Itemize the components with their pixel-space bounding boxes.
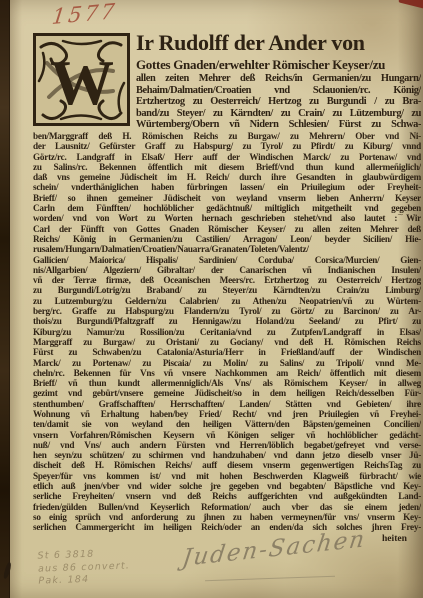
body-text-line: gezimt vnd gebürt/vnsere gemeine Jüdisch…: [33, 388, 421, 398]
body-text-line: vnsern Vorfahren/Römischen Keysern vñ Kö…: [33, 430, 421, 440]
body-text-line: vñ der Terræ firmæ, deß Oceanischen Meer…: [33, 275, 421, 285]
body-text-line: Brieff/ so ihnen gemeiner Jüdischeit von…: [33, 193, 421, 203]
red-corner-mark: [398, 0, 423, 9]
body-text-line: Speyer/für vns kommen ist/ vnd mit hohen…: [33, 471, 421, 481]
heading-line-2: Gottes Gnaden/erwehlter Römischer Keyser…: [136, 56, 421, 73]
body-text-line: Brieff/ vñ thun kundt allermenniglich/Al…: [33, 378, 421, 388]
body-text-line: frieden/gülden Bullen/vnd Keyserlich Ref…: [33, 502, 421, 512]
body-text-line: Kiburg/zu Namur/zu Rossilion/zu Ceritani…: [33, 327, 421, 337]
shelfmark-annotation: St 6 3818aus 86 convert.Pak. 184: [37, 547, 130, 588]
body-text-line: zu Burgundi/Lotrig/zu Braband/ zu Steyer…: [33, 285, 421, 295]
heading-line: Würtemberg/Obern vñ Nidern Schlesien/ Fü…: [136, 119, 421, 131]
body-text-line: hen seyn/zu schützen/ zu schirmen vnd ha…: [33, 450, 421, 460]
body-text-line: schein/ vnderthäniglichen haben fürbring…: [33, 182, 421, 192]
body-text-line: Fürst zu Schwaben/zu Catalonia/Asturia/H…: [33, 347, 421, 357]
body-text-line: Gallicien/ Maiorica/ Hispalis/ Sardinien…: [33, 255, 421, 265]
body-text: ben/Marggraff deß H. Römischen Reichs zu…: [33, 131, 421, 533]
year-annotation: 1577: [51, 0, 119, 29]
body-text-line: Marggraff zu Burgaw/ zu Oristani/ zu Goc…: [33, 337, 421, 347]
body-text-line: ben/Marggraff deß H. Römischen Reichs zu…: [33, 131, 421, 141]
body-text-line: Wohnung vñ Erhaltung haben/bey Fried/ Re…: [33, 409, 421, 419]
heading-line-1: Ir Rudolff der Ander von: [136, 30, 421, 56]
body-text-line: zu Lutzemburg/zu Geldern/zu Calabrien/ z…: [33, 296, 421, 306]
initial-letter: W: [50, 47, 114, 118]
document-page: 1577 W Ir Rudolff der: [0, 0, 423, 598]
body-text-line: Reichs/ König in Germanien/zu Castilien/…: [33, 234, 421, 244]
margin-pen-mark: ~: [397, 210, 421, 216]
body-text-line: berg/rc. Graffe zu Habspurg/zu Flandern/…: [33, 306, 421, 316]
body-text-line: stenthumben/ Graffschafften/ Herrschafft…: [33, 399, 421, 409]
pencil-underline: [205, 576, 335, 582]
body-text-line: Marck/ zu Portenaw/ zu Piscaia/ zu Molin…: [33, 358, 421, 368]
body-text-line: cheln/rc. Bekennen für Vns vñ vnsere Nac…: [33, 368, 421, 378]
body-text-line: thois/zu Burgundi/Pfaltzgraff zu Henniga…: [33, 316, 421, 326]
body-text-line: Carl der Fünfft von Gottes Gnaden Römisc…: [33, 224, 421, 234]
body-text-line: so einig sprüch vnd anforderung zu jhnen…: [33, 512, 421, 522]
body-text-line: daß vns gemeine Jüdischeit im H. Reich/ …: [33, 172, 421, 182]
body-text-line: worden/ vnd von Wort zu Worten hernach g…: [33, 213, 421, 223]
heading-line: allen zeiten Mehrer deß Reichs/in German…: [136, 73, 421, 85]
body-text-line: etlich auß jnen/vber vnd wider solche jr…: [33, 481, 421, 491]
body-text-line: ten/damit sie von weyland den heiligen V…: [33, 419, 421, 429]
heading-line: Ertzhertzog zu Oesterreich/ Hertzog zu B…: [136, 96, 421, 108]
printed-text-block: W Ir Rudolff der Ander von Gottes Gnaden…: [33, 30, 421, 544]
body-text-line: der Lausnitz/ Gefürster Graff zu Habspur…: [33, 141, 421, 151]
body-text-line: Carln dem Fünfften/ hochlöblicher gedäch…: [33, 203, 421, 213]
initial-woodcut: W: [33, 33, 130, 126]
body-text-line: Görtz/rc. Landgraff in Elsaß/ Herr auff …: [33, 152, 421, 162]
heading-line: Behaim/Dalmatien/Croatien vnd Sclauonien…: [136, 85, 421, 97]
body-text-line: serliche Freyheiten/ vnsern vnd deß Reic…: [33, 491, 421, 501]
body-text-line: zu Salins/rc. Bekennen öffentlich mit di…: [33, 162, 421, 172]
body-text-line: rusalem/Hungarn/Dalmatien/Croatien/Nauar…: [33, 244, 421, 254]
body-text-line: nis/Allgarbien/ Algeziern/ Gibraltar/ de…: [33, 265, 421, 275]
book-binding-edge: [0, 0, 10, 598]
heading-line: band/zu Steyer/ zu Kärndten/ zu Crain/ z…: [136, 108, 421, 120]
body-text-line: discheit deß H. Römischen Reichs/ auff d…: [33, 460, 421, 470]
body-text-line: nuß/ vnd Vns/ auch andern Fürsten vnd He…: [33, 440, 421, 450]
shelfmark-line: Pak. 184: [38, 572, 130, 588]
